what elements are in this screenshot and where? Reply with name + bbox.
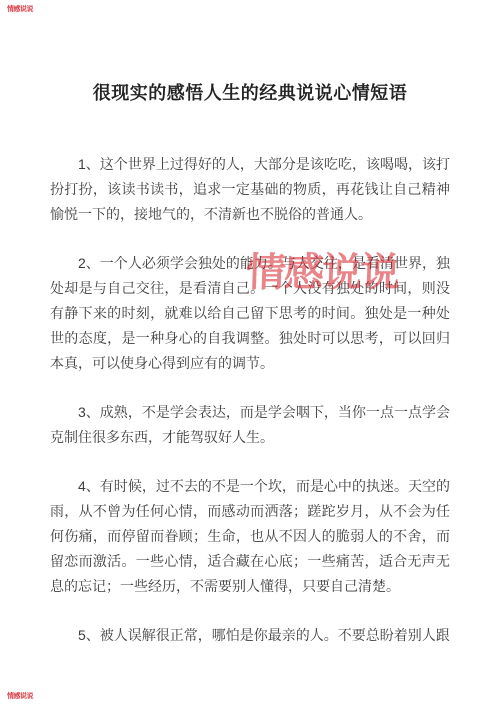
site-logo-watermark-bottom: 情感说说 — [7, 691, 33, 703]
paragraph-3: 3、成熟，不是学会表达，而是学会咽下，当你一点一点学会克制住很多东西，才能驾驭好… — [50, 400, 450, 450]
paragraph-5: 5、被人误解很正常，哪怕是你最亲的人。不要总盼着别人跟 — [50, 623, 450, 648]
document-page: 情感说说 很现实的感悟人生的经典说说心情短语 1、这个世界上过得好的人，大部分是… — [0, 0, 500, 708]
page-title: 很现实的感悟人生的经典说说心情短语 — [0, 0, 500, 106]
paragraph-4: 4、有时候，过不去的不是一个坎，而是心中的执迷。天空的雨，从不曾为任何心情，而感… — [50, 474, 450, 599]
paragraph-2: 2、一个人必须学会独处的能力。与人交往，是看清世界，独处却是与自己交往，是看清自… — [50, 251, 450, 376]
article-body: 1、这个世界上过得好的人，大部分是该吃吃，该喝喝，该打扮打扮，该读书读书，追求一… — [50, 152, 450, 648]
paragraph-1: 1、这个世界上过得好的人，大部分是该吃吃，该喝喝，该打扮打扮，该读书读书，追求一… — [50, 152, 450, 227]
